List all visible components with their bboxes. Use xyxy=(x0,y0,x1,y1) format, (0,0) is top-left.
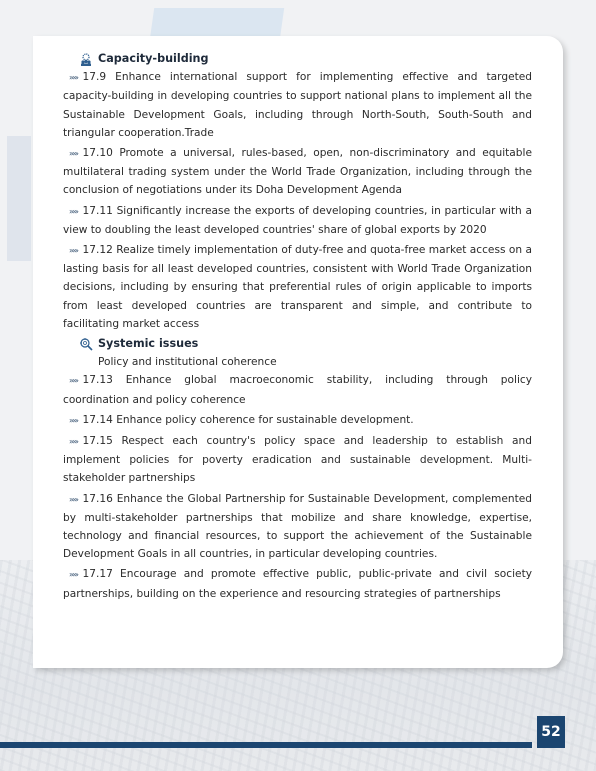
chevrons-icon: ››››› xyxy=(69,207,78,216)
section-heading-systemic-issues: Systemic issues xyxy=(79,335,532,353)
target-item: ›››››17.11 Significantly increase the ex… xyxy=(63,202,532,239)
target-item: ›››››17.12 Realize timely implementation… xyxy=(63,241,532,333)
footer-bar xyxy=(0,742,532,748)
target-item: ›››››17.9 Enhance international support … xyxy=(63,68,532,142)
chevrons-icon: ››››› xyxy=(69,149,78,158)
target-item: ›››››17.17 Encourage and promote effecti… xyxy=(63,565,532,602)
chevrons-icon: ››››› xyxy=(69,570,78,579)
page-number: 52 xyxy=(537,716,565,748)
chevrons-icon: ››››› xyxy=(69,73,78,82)
target-item: ›››››17.13 Enhance global macroeconomic … xyxy=(63,371,532,408)
section-heading-text: Systemic issues xyxy=(98,335,198,353)
target-item: ›››››17.16 Enhance the Global Partnershi… xyxy=(63,490,532,564)
decorative-shape-left xyxy=(7,136,31,261)
target-item: ›››››17.15 Respect each country's policy… xyxy=(63,432,532,488)
chevrons-icon: ››››› xyxy=(69,416,78,425)
target-item: ›››››17.10 Promote a universal, rules-ba… xyxy=(63,144,532,200)
chevrons-icon: ››››› xyxy=(69,246,78,255)
subheading: Policy and institutional coherence xyxy=(98,353,532,371)
section-heading-text: Capacity-building xyxy=(98,50,209,68)
capacity-building-icon xyxy=(79,52,93,66)
section-heading-capacity-building: Capacity-building xyxy=(79,50,532,68)
chevrons-icon: ››››› xyxy=(69,376,78,385)
page-content: Capacity-building ›››››17.9 Enhance inte… xyxy=(63,50,532,605)
chevrons-icon: ››››› xyxy=(69,495,78,504)
target-item: ›››››17.14 Enhance policy coherence for … xyxy=(63,411,532,430)
systemic-issues-icon xyxy=(79,337,93,351)
chevrons-icon: ››››› xyxy=(69,437,78,446)
